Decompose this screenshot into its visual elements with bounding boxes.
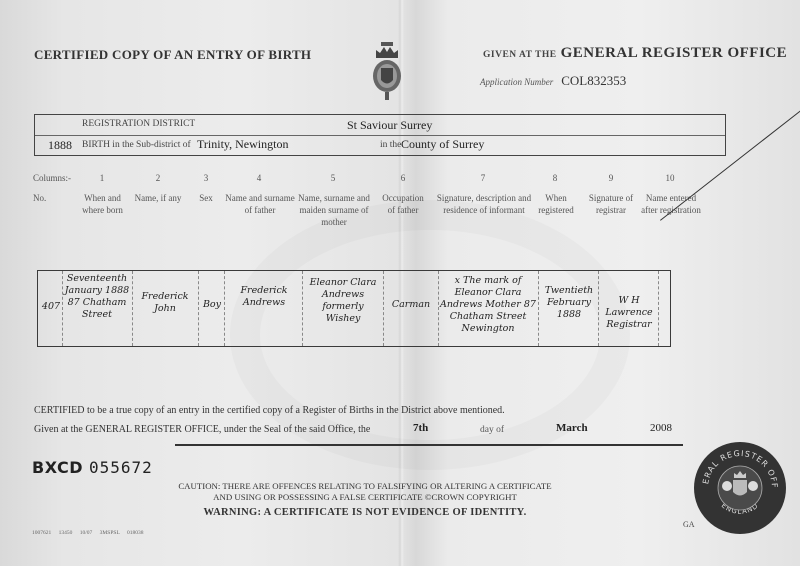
application-number-label: Application Number xyxy=(480,77,553,87)
entry-child-name: Frederick John xyxy=(134,291,196,315)
registration-district-label: REGISTRATION DISTRICT xyxy=(82,119,195,129)
column-heading-4: Name and surname of father xyxy=(222,192,298,216)
day-of-label: day of xyxy=(480,425,504,435)
column-number-1: 1 xyxy=(96,173,108,183)
entry-registrar-signature: W H Lawrence Registrar xyxy=(600,295,658,331)
column-number-10: 10 xyxy=(663,173,677,183)
column-number-8: 8 xyxy=(549,173,561,183)
entry-father: Frederick Andrews xyxy=(228,285,300,309)
column-divider xyxy=(658,271,659,346)
given-at-prefix: GIVEN AT THE xyxy=(483,50,557,60)
column-number-6: 6 xyxy=(397,173,409,183)
column-divider xyxy=(598,271,599,346)
certificate-title: CERTIFIED COPY OF AN ENTRY OF BIRTH xyxy=(34,47,311,63)
column-divider xyxy=(302,271,303,346)
column-number-4: 4 xyxy=(253,173,265,183)
certificate-year: 2008 xyxy=(650,422,672,434)
application-number-value: COL832353 xyxy=(561,73,626,88)
entry-informant: x The mark of Eleanor Clara Andrews Moth… xyxy=(440,275,536,335)
column-number-3: 3 xyxy=(200,173,212,183)
column-number-9: 9 xyxy=(605,173,617,183)
birth-entry-row: 407 Seventeenth January 1888 87 Chatham … xyxy=(37,270,671,347)
in-the-label: in the xyxy=(380,140,401,150)
column-heading-7: Signature, description and residence of … xyxy=(436,192,532,216)
column-heading-5: Name, surname and maiden surname of moth… xyxy=(298,192,370,228)
subdistrict-value: Trinity, Newington xyxy=(197,137,288,152)
issuer-initials: GA xyxy=(683,520,695,529)
serial-number: 055672 xyxy=(89,458,153,477)
entry-when-where-born: Seventeenth January 1888 87 Chatham Stre… xyxy=(64,273,130,321)
application-number: Application Number COL832353 xyxy=(480,72,626,90)
subdistrict-label: BIRTH in the Sub-district of xyxy=(82,140,191,150)
entry-when-registered: Twentieth February 1888 xyxy=(540,285,598,321)
caution-notice: CAUTION: THERE ARE OFFENCES RELATING TO … xyxy=(175,481,555,503)
column-heading-1: When and where born xyxy=(75,192,130,216)
signature-rule xyxy=(175,444,683,446)
column-heading-8: When registered xyxy=(535,192,577,216)
column-heading-6: Occupation of father xyxy=(380,192,426,216)
print-code: 1007621 13450 10/07 3MSPSL 018038 xyxy=(32,530,144,536)
general-register-office-seal-icon: GENERAL REGISTER OFFICE ENGLAND xyxy=(694,442,786,534)
given-statement: Given at the GENERAL REGISTER OFFICE, un… xyxy=(34,424,370,435)
certificate-month: March xyxy=(556,422,588,434)
entry-occupation: Carman xyxy=(384,299,438,311)
column-number-7: 7 xyxy=(477,173,489,183)
column-divider xyxy=(198,271,199,346)
serial-prefix: BXCD xyxy=(32,458,83,477)
columns-label: Columns:- xyxy=(33,173,71,183)
warning-notice: WARNING: A CERTIFICATE IS NOT EVIDENCE O… xyxy=(175,507,555,518)
certified-statement: CERTIFIED to be a true copy of an entry … xyxy=(34,405,505,416)
certificate-day: 7th xyxy=(413,422,428,434)
no-label: No. xyxy=(33,192,46,204)
registration-district-value: St Saviour Surrey xyxy=(347,118,432,133)
entry-mother: Eleanor Clara Andrews formerly Wishey xyxy=(306,277,380,325)
entry-sex: Boy xyxy=(200,299,224,311)
column-heading-9: Signature of registrar xyxy=(585,192,637,216)
county-value: County of Surrey xyxy=(401,137,484,152)
seal-artwork: GENERAL REGISTER OFFICE ENGLAND xyxy=(694,442,786,534)
column-number-2: 2 xyxy=(152,173,164,183)
column-divider xyxy=(538,271,539,346)
column-heading-3: Sex xyxy=(195,192,217,204)
given-at-heading: GIVEN AT THE GENERAL REGISTER OFFICE xyxy=(483,44,787,62)
column-heading-2: Name, if any xyxy=(132,192,184,204)
certificate-serial: BXCD055672 xyxy=(32,458,153,477)
birth-year: 1888 xyxy=(48,138,72,153)
royal-crest-icon xyxy=(370,40,404,102)
general-register-office: GENERAL REGISTER OFFICE xyxy=(561,45,788,61)
entry-number: 407 xyxy=(40,301,62,313)
column-divider xyxy=(132,271,133,346)
registration-box: REGISTRATION DISTRICT St Saviour Surrey … xyxy=(34,114,726,156)
column-number-5: 5 xyxy=(327,173,339,183)
column-divider xyxy=(438,271,439,346)
column-divider xyxy=(224,271,225,346)
column-divider xyxy=(62,271,63,346)
